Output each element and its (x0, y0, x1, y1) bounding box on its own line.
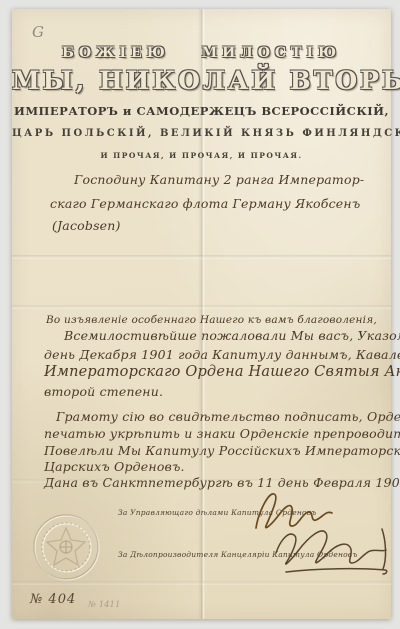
grant-line: Императорскаго Ордена Нашего Святыя Анны (44, 364, 400, 380)
addressee-line: скаго Германскаго флота Герману Якобсенъ (50, 196, 360, 211)
dateline: Дана въ Санктпетербургѣ въ 11 день Февра… (44, 475, 400, 490)
embossed-chapter-seal (31, 512, 101, 582)
heading-sovereign-name: МЫ, НИКОЛАЙ ВТОРЫЙ, (12, 66, 391, 95)
grant-line: Во изъявленіе особеннаго Нашего къ вамъ … (46, 314, 377, 326)
registry-number-pencil: № 1411 (88, 600, 120, 610)
heading-imperial-style-2: ЦАРЬ ПОЛЬСКІЙ, ВЕЛИКІЙ КНЯЗЬ ФИНЛЯНДСКІЙ… (12, 128, 391, 139)
heading-invocation: БОЖІЕЮ МИЛОСТІЮ (12, 45, 391, 61)
grant-line: второй степени. (44, 384, 163, 399)
document-paper: G БОЖІЕЮ МИЛОСТІЮ МЫ, НИКОЛАЙ ВТОРЫЙ, ИМ… (12, 9, 391, 619)
registry-number-ink: № 404 (30, 592, 76, 607)
official-signature-2 (270, 523, 392, 579)
addressee-line: (Jacobsen) (52, 218, 121, 233)
horizontal-fold-crease (12, 305, 391, 309)
addressee-line: Господину Капитану 2 ранга Император- (74, 172, 364, 187)
charter-line: Грамоту сію во свидѣтельство подписать, … (56, 409, 400, 424)
pencil-mark: G (32, 23, 44, 41)
charter-line: печатью укрѣпить и знаки Орденскіе препр… (44, 426, 400, 441)
grant-line: день Декабря 1901 года Капитулу даннымъ,… (44, 347, 400, 362)
grant-line: Всемилостивѣйше пожаловали Мы васъ, Указ… (64, 328, 400, 343)
heading-imperial-style-3: И ПРОЧАЯ, И ПРОЧАЯ, И ПРОЧАЯ. (12, 151, 391, 160)
heading-imperial-style-1: ИМПЕРАТОРЪ и САМОДЕРЖЕЦЪ ВСЕРОССІЙСКІЙ, (12, 104, 391, 118)
horizontal-fold-crease (12, 255, 391, 259)
charter-line: Повелѣли Мы Капитулу Россійскихъ Императ… (44, 443, 400, 458)
charter-line: Царскихъ Орденовъ. (44, 459, 185, 474)
